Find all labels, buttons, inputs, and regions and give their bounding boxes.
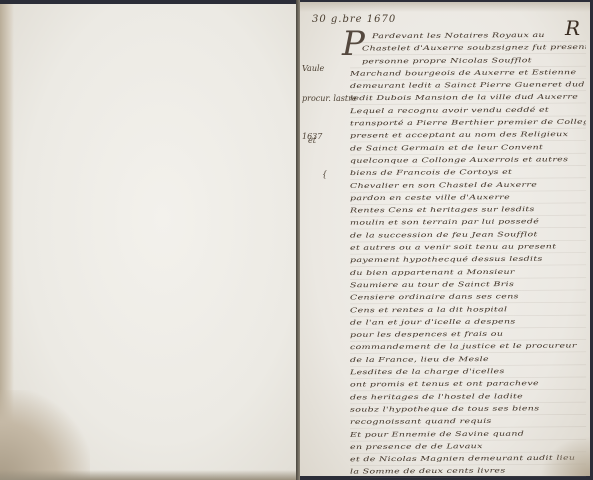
margin-note: procur. lastre xyxy=(302,94,357,103)
manuscript-spread: 30 g.bre 1670 P R Vauleprocur. lastre163… xyxy=(0,0,593,480)
left-page-bottom-edge xyxy=(0,470,296,480)
manuscript-text: Pardevant les Notaires Royaux auChastele… xyxy=(350,30,586,478)
right-page: 30 g.bre 1670 P R Vauleprocur. lastre163… xyxy=(300,2,590,476)
margin-note: Vaule xyxy=(302,64,324,73)
margin-note: { xyxy=(322,170,327,179)
left-page-damage xyxy=(0,390,90,480)
margin-note: et xyxy=(308,136,316,145)
manuscript-line: Censiere ordinaire dans ses cens xyxy=(350,290,586,304)
manuscript-line: recognoissant quand requis xyxy=(350,415,586,429)
left-page-blank xyxy=(0,4,298,480)
right-page-corner-damage xyxy=(540,436,590,476)
right-page-top-edge xyxy=(300,2,590,12)
